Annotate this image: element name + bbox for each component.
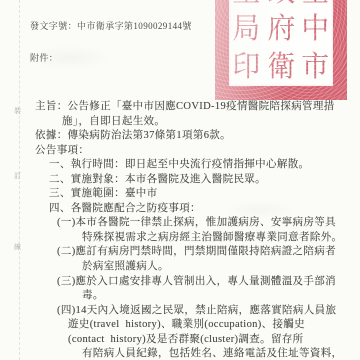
document-header: 發文字號：中市衛承字第1090029144號 附件： <box>30 0 192 84</box>
seal-character: 衛 <box>264 49 297 86</box>
attachment-label: 附件： <box>30 53 192 64</box>
document-line: (contact history)及是否群聚(cluster)調查。留存所 <box>35 333 357 348</box>
document-line: 有陪病人員紀錄，包括姓名、連絡電話及住址等資料， <box>35 347 357 360</box>
document-line: 四、各醫院應配合之防疫事項： <box>35 202 357 217</box>
document-line: 依據：傳染病防治法第37條第1項第6款。 <box>35 129 357 144</box>
announcement-body: 主旨：公告修正「臺中市因應COVID-19疫情醫院陪探病管理措施」，自即日起生效… <box>35 100 357 360</box>
document-line: 一、執行時間：即日起至中央流行疫情指揮中心解散。 <box>35 158 357 173</box>
document-line: 三、實施範圍：臺中市 <box>35 187 357 202</box>
document-line: 公告事項： <box>35 144 357 159</box>
seal-character: 府 <box>264 11 297 48</box>
seal-character: 臺 <box>299 0 332 11</box>
document-line: 施」，自即日起生效。 <box>35 115 357 130</box>
document-line: 二、實施對象：本市各醫院及進入醫院民眾。 <box>35 173 357 188</box>
seal-grid: 臺中市政府衛生局印 <box>229 0 333 86</box>
binding-mark-zhuang: 裝 <box>14 107 21 115</box>
seal-column: 政府衛 <box>264 0 299 86</box>
doc-number: 發文字號：中市衛承字第1090029144號 <box>30 21 192 32</box>
binding-mark-xian: 線 <box>14 243 21 251</box>
document-line: (二)應訂有病房門禁時間，門禁期間僅限持陪病證之陪病者 <box>35 245 357 260</box>
official-seal: 臺中市政府衛生局印 <box>215 0 347 100</box>
binding-dotted-line <box>19 0 20 360</box>
seal-character: 中 <box>299 11 332 48</box>
document-line: (四)14天內入境返國之民眾，禁止陪病，應落實陪病人員旅 <box>35 304 357 319</box>
document-line: 於病室照護病人。 <box>35 260 357 275</box>
seal-character: 印 <box>230 49 263 86</box>
document-line: (三)應於入口處安排專人管制出入，專人量測體溫及手部消 <box>35 275 357 290</box>
document-line: 特殊探視需求之病房經主治醫師醫療專業同意者除外。 <box>35 231 357 246</box>
seal-character: 政 <box>264 0 297 11</box>
document-line: (一)本市各醫院一律禁止探病，惟加護病房、安寧病房等具 <box>35 216 357 231</box>
document-line: 主旨：公告修正「臺中市因應COVID-19疫情醫院陪探病管理措 <box>35 100 357 115</box>
document-line: 毒。 <box>35 289 357 304</box>
seal-character: 市 <box>299 49 332 86</box>
seal-column: 臺中市 <box>298 0 333 86</box>
seal-character: 生 <box>230 0 263 11</box>
binding-mark-ding: 訂 <box>14 172 21 180</box>
scanned-official-document: 裝 訂 線 發文字號：中市衛承字第1090029144號 附件： 臺中市政府衛生… <box>0 0 360 360</box>
seal-character: 局 <box>230 11 263 48</box>
seal-column: 生局印 <box>229 0 264 86</box>
document-line: 遊史(travel history)、職業別(occupation)、接觸史 <box>35 318 357 333</box>
